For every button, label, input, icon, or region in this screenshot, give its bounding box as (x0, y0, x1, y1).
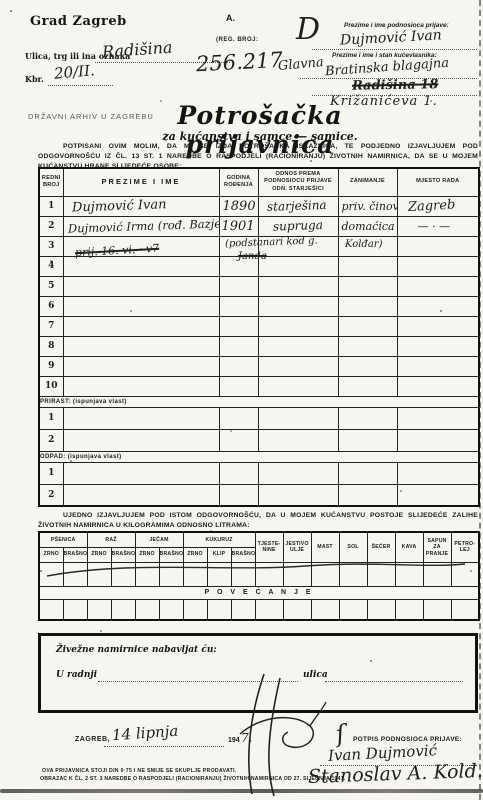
prirast-row: 2 (39, 429, 479, 451)
prirast-occupation-cell (338, 407, 397, 429)
prirast-relation-cell (258, 429, 338, 451)
row-number: 1 (39, 196, 63, 216)
odpad-row: 1 (39, 462, 479, 484)
row-number: 1 (39, 462, 63, 484)
prirast-section-label: PRIRAST: (ispunjava vlast) (39, 396, 479, 407)
person-row: 1 Dujmović Ivan 1890 starješina priv. či… (39, 196, 479, 216)
person-relation-cell (258, 356, 338, 376)
person-year-cell (219, 296, 258, 316)
odpad-name-cell (63, 462, 219, 484)
person-workplace-cell: Zagreb (397, 196, 479, 216)
supply-group-psenica: PŠENICA (39, 532, 87, 547)
person-row: 5 (39, 276, 479, 296)
person-year-cell (219, 336, 258, 356)
odpad-occupation-cell (338, 484, 397, 506)
row-number: 2 (39, 429, 63, 451)
person-year-cell: 1901 (219, 216, 258, 236)
signature-flourish: ſ (334, 720, 347, 749)
person-relation-cell (258, 296, 338, 316)
prirast-year-cell (219, 407, 258, 429)
person-relation-cell (258, 376, 338, 396)
row-number: 9 (39, 356, 63, 376)
purchase-line1: Živežne namirnice nabavljat ću: (56, 645, 217, 655)
col-header-mjesto-rada: MJESTO RADA (397, 168, 479, 196)
person-row: 10 (39, 376, 479, 396)
person-row: 8 (39, 336, 479, 356)
odpad-year-cell (219, 484, 258, 506)
odpad-relation-cell (258, 484, 338, 506)
prirast-name-cell (63, 407, 219, 429)
person-name-cell (63, 336, 219, 356)
person-workplace-cell (397, 256, 479, 276)
odpad-workplace-cell (397, 462, 479, 484)
row-number: 5 (39, 276, 63, 296)
person-workplace-cell (397, 236, 479, 256)
col-header-zanimanje: ZANIMANJE (338, 168, 397, 196)
odpad-row: 2 (39, 484, 479, 506)
supply-group-kukuruz: KUKURUZ (183, 532, 255, 547)
purchase-street-dotted-line (325, 680, 463, 682)
col-header-redni-broj: REDNI BROJ (39, 168, 63, 196)
scanned-form-page: Grad Zagreb Ulica, trg ili ina oznaka Ra… (0, 0, 483, 800)
prirast-workplace-cell (397, 407, 479, 429)
prirast-name-cell (63, 429, 219, 451)
kbr-value-handwritten: 20/II. (53, 61, 95, 82)
person-name-cell (63, 256, 219, 276)
odpad-name-cell (63, 484, 219, 506)
col-header-prezime-ime: PREZIME I IME (63, 168, 219, 196)
street-value-handwritten: Radišina (101, 38, 173, 62)
person-relation-cell (258, 256, 338, 276)
person-relation-cell (258, 276, 338, 296)
person-relation-cell (258, 316, 338, 336)
prirast-occupation-cell (338, 429, 397, 451)
purchase-shop-label: U radnji (56, 670, 97, 680)
reg-number-label: (REG. BROJ: (216, 37, 259, 43)
row3-scribble-name: Kolđar) (345, 239, 382, 250)
prirast-workplace-cell (397, 429, 479, 451)
person-name-cell (63, 316, 219, 336)
person-workplace-cell (397, 356, 479, 376)
person-row: 6 (39, 296, 479, 316)
col-header-odnos: ODNOS PREMA PODNOSIOCU PRIJAVE ODN. STAR… (258, 168, 338, 196)
row-number: 7 (39, 316, 63, 336)
date-handwritten: 14 lipnja (111, 722, 178, 745)
landlord-address-struck-handwritten: Radišina 18 (352, 77, 439, 94)
person-name-cell (63, 356, 219, 376)
row-number: 3 (39, 236, 63, 256)
person-name-cell (63, 296, 219, 316)
signature2-handwritten: Stanoslav A. Kolđ. (308, 760, 483, 788)
col-header-godina: GODINA ROĐENJA (219, 168, 258, 196)
paper-speckles (10, 10, 12, 12)
povecanje-row-label: P O V E Ć A N J E (39, 586, 479, 599)
person-relation-cell: supruga (258, 216, 338, 236)
person-occupation-cell (338, 316, 397, 336)
odpad-occupation-cell (338, 462, 397, 484)
persons-table: REDNI BROJ PREZIME I IME GODINA ROĐENJA … (38, 167, 480, 507)
odpad-workplace-cell (397, 484, 479, 506)
prirast-year-cell (219, 429, 258, 451)
row-number: 2 (39, 216, 63, 236)
kbr-label: Kbr. (25, 74, 44, 84)
row-number: 10 (39, 376, 63, 396)
person-occupation-cell (338, 356, 397, 376)
row-number: 2 (39, 484, 63, 506)
person-occupation-cell (338, 276, 397, 296)
handwritten-wave-line (45, 558, 469, 580)
row-number: 6 (39, 296, 63, 316)
landlord-value-handwritten: Bratinska blagajna (325, 56, 450, 80)
row-number: 1 (39, 407, 63, 429)
person-relation-cell (258, 336, 338, 356)
fine-print-line1: OVA PRIJAVNICA STOJI DIN 0·75 I NE SMIJE… (42, 768, 237, 774)
reg-suffix-handwritten: Glavna (277, 55, 324, 74)
person-occupation-cell: domaćica (338, 216, 397, 236)
person-row: 2 Dujmović Irma (rođ. Bazje) 1901 suprug… (39, 216, 479, 236)
odpad-section-label: ODPAD: (ispunjava vlast) (39, 451, 479, 462)
kbr-dotted-line (48, 84, 113, 86)
date-dotted-line (104, 745, 224, 747)
row-number: 8 (39, 336, 63, 356)
person-year-cell (219, 276, 258, 296)
person-year-cell: 1890 (219, 196, 258, 216)
row3-scribble-struck2: Janda (238, 251, 267, 262)
person-occupation-cell: priv. činovnik (338, 196, 397, 216)
section-letter: A. (226, 13, 235, 23)
prirast-relation-cell (258, 407, 338, 429)
person-row: 9 (39, 356, 479, 376)
place-label: ZAGREB, (75, 736, 110, 743)
person-name-cell: Dujmović Irma (rođ. Bazje) (63, 216, 219, 236)
supplies-statement: UJEDNO IZJAVLJUJEM POD ISTOM ODGOVORNOŠĆ… (38, 511, 478, 531)
applicant-initial-flourish: D (296, 12, 320, 47)
person-relation-cell: starješina (258, 196, 338, 216)
person-row: 7 (39, 316, 479, 336)
person-name-cell: Dujmović Ivan (63, 196, 219, 216)
person-workplace-cell (397, 336, 479, 356)
person-year-cell (219, 356, 258, 376)
person-workplace-cell (397, 296, 479, 316)
odpad-year-cell (219, 462, 258, 484)
person-workplace-cell (397, 316, 479, 336)
person-workplace-cell (397, 376, 479, 396)
supply-group-jecam: JEČAM (135, 532, 183, 547)
person-year-cell (219, 316, 258, 336)
person-workplace-cell (397, 276, 479, 296)
person-workplace-cell: — · — (397, 216, 479, 236)
city-title: Grad Zagreb (30, 14, 127, 29)
applicant-dotted-line (312, 48, 477, 50)
row-number: 4 (39, 256, 63, 276)
reg-number-handwritten: 256.217 (195, 48, 283, 77)
person-name-cell (63, 276, 219, 296)
applicant-value-handwritten: Dujmović Ivan (340, 27, 442, 48)
person-occupation-cell (338, 256, 397, 276)
fine-print-line2: OBRAZAC K ČL. 2 ST. 3 NAREDBE O RASPODJE… (40, 776, 345, 782)
supply-group-raz: RAŽ (87, 532, 135, 547)
person-year-cell (219, 376, 258, 396)
prirast-row: 1 (39, 407, 479, 429)
odpad-relation-cell (258, 462, 338, 484)
person-occupation-cell (338, 336, 397, 356)
person-name-cell (63, 376, 219, 396)
person-occupation-cell (338, 296, 397, 316)
povecanje-values-row (39, 599, 479, 620)
person-occupation-cell (338, 376, 397, 396)
